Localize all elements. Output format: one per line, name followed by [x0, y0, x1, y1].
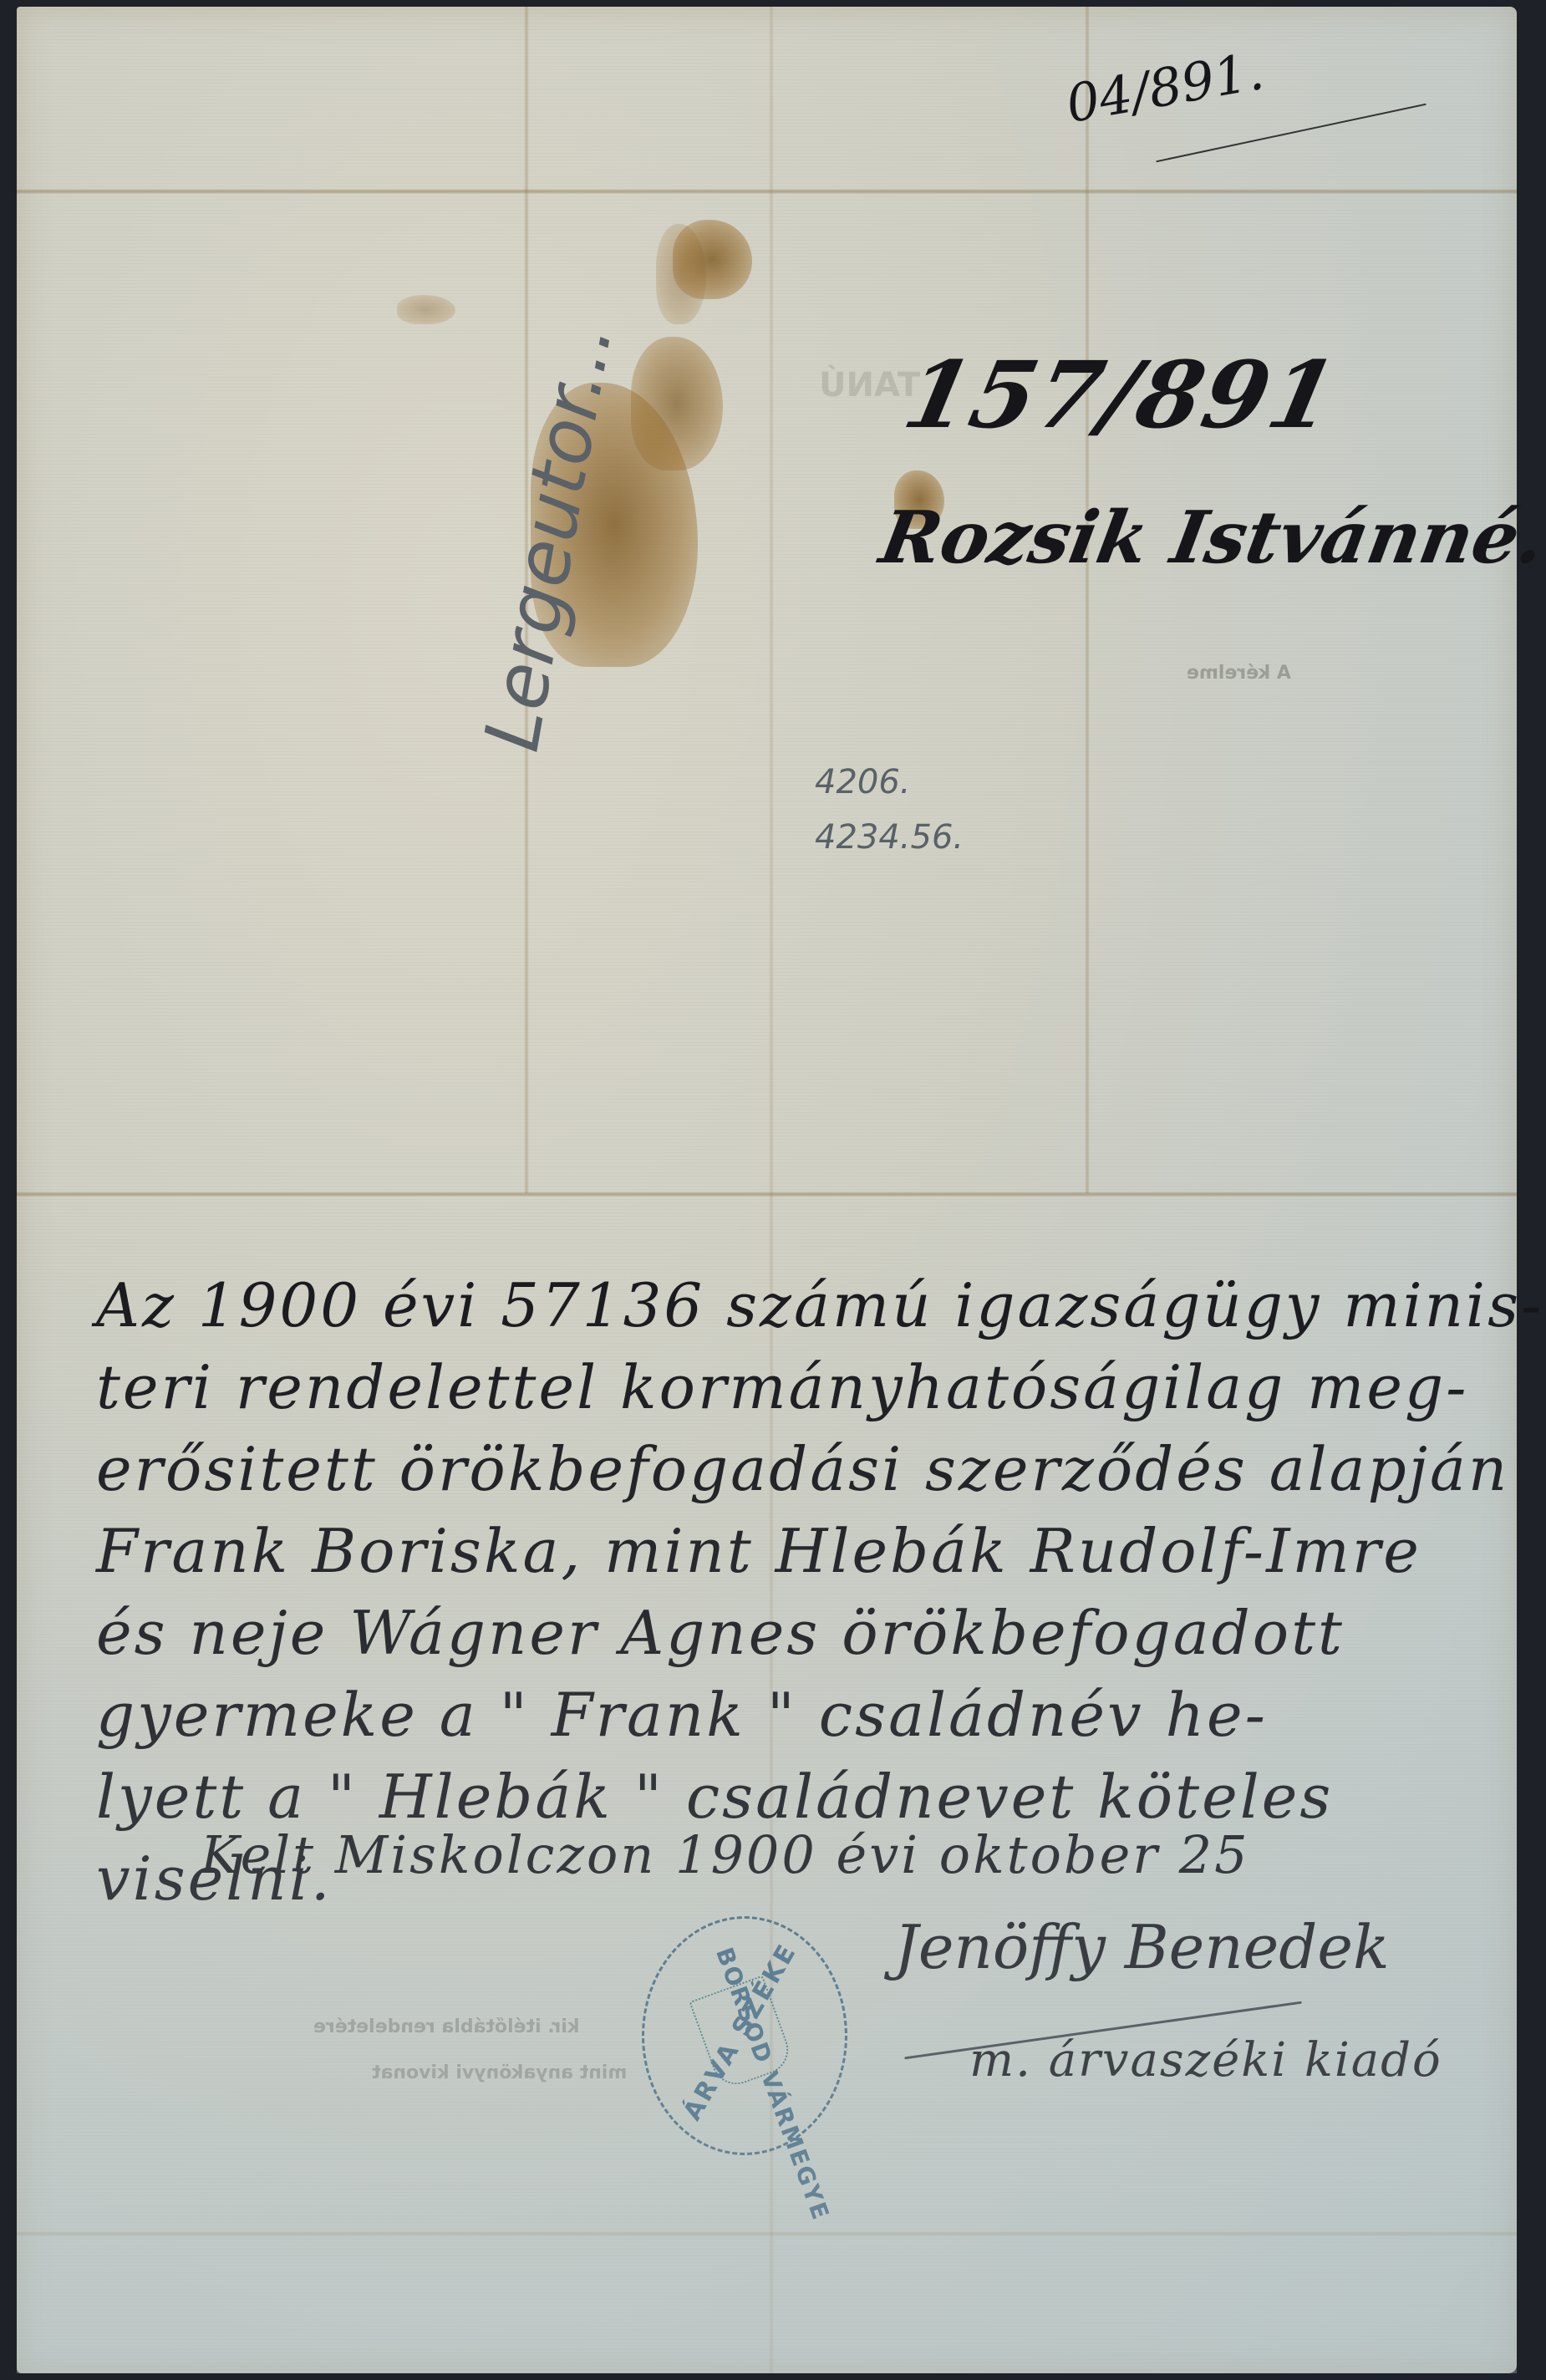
place-and-date: Kelt Miskolczon 1900 évi oktober 25	[201, 1824, 1250, 1885]
signature-title: m. árvaszéki kiadó	[969, 2033, 1442, 2088]
stain-round	[673, 220, 752, 299]
body-line: gyermeke a " Frank " családnév he-	[96, 1674, 1517, 1756]
fold-line-top	[17, 189, 1517, 194]
pencil-numbers: 4206. 4234.56.	[815, 755, 964, 865]
body-line: erősitett örökbefogadási szerződés alapj…	[96, 1428, 1517, 1510]
document-page: TANÚ A kérelme kir. itélőtábla rendeleté…	[17, 7, 1517, 2373]
bleed-through-line-1: kir. itélőtábla rendeletére	[313, 2016, 579, 2037]
fold-line-middle	[17, 1192, 1517, 1197]
body-line: Az 1900 évi 57136 számú igazságügy minis…	[96, 1264, 1517, 1346]
official-stamp: BORSOD VÁRMEGYE ÁRVA SZÉKE	[642, 1916, 847, 2155]
body-line: Frank Boriska, mint Hlebák Rudolf-Imre	[96, 1510, 1517, 1592]
fold-line-bottom	[17, 2231, 1517, 2236]
bleed-through-label: A kérelme	[1187, 663, 1291, 684]
body-line: és neje Wágner Agnes örökbefogadott	[96, 1592, 1517, 1674]
body-line: teri rendelettel kormányhatóságilag meg-	[96, 1346, 1517, 1428]
reference-number-top: 04/891.	[1061, 40, 1268, 135]
handwritten-body: Az 1900 évi 57136 számú igazságügy minis…	[96, 1264, 1517, 1920]
name-heading: Rozsik Istvánné.	[874, 496, 1546, 580]
fold-line-right	[1085, 7, 1090, 1193]
pencil-number-1: 4206.	[815, 755, 964, 810]
signature: Jenöffy Benedek	[894, 1912, 1390, 1982]
pencil-number-2: 4234.56.	[815, 810, 964, 865]
reference-number-main: 157/891	[895, 341, 1347, 449]
stain-small-left	[397, 295, 455, 324]
bleed-through-line-2: mint anyakönyvi kivonat	[372, 2062, 627, 2083]
